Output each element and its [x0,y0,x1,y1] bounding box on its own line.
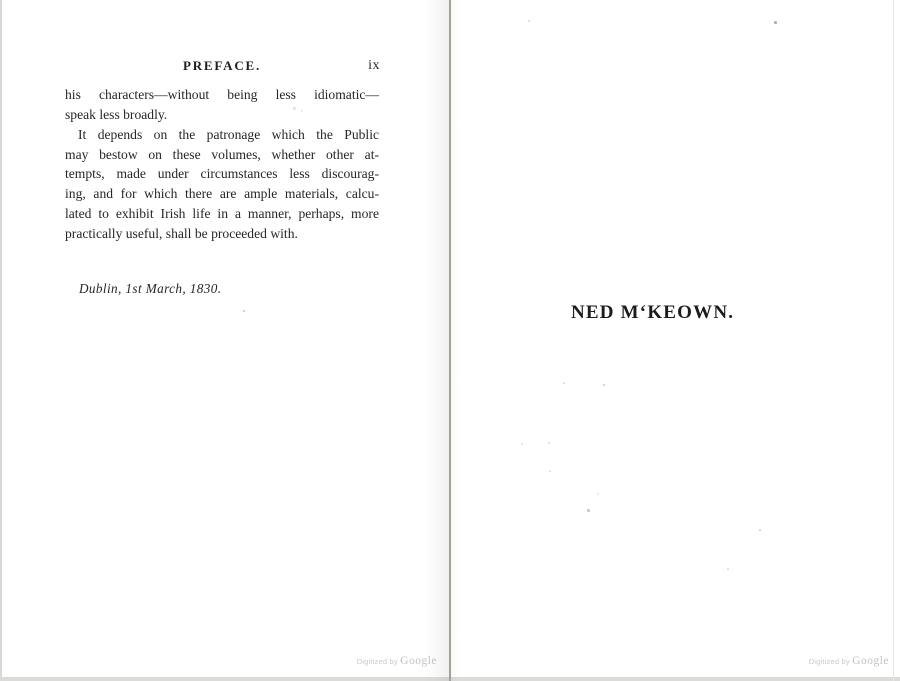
text-line: lated to exhibit Irish life in a manner,… [65,204,379,224]
scan-speck [301,110,303,112]
scan-edge-right [893,0,894,681]
page-number: ix [368,58,380,74]
watermark-prefix: Digitized by [357,657,400,666]
section-title: NED M‘KEOWN. [571,302,734,324]
gutter-shadow-right [451,0,459,681]
running-head-title: PREFACE. [65,58,379,74]
scan-edge-left [0,0,2,681]
gutter-shadow-left [424,0,449,681]
text-line: tempts, made under circumstances less di… [65,164,379,184]
text-line: may bestow on these volumes, whether oth… [65,145,379,165]
scan-speck [549,470,551,472]
scan-speck [587,509,590,512]
preface-body-text: his characters—without being less idioma… [65,85,379,244]
google-logo-text: Google [400,655,437,667]
scan-speck [548,442,550,444]
scan-speck [727,568,729,570]
watermark-right: Digitized by Google [689,655,889,667]
text-line: speak less broadly. [65,105,379,125]
scan-speck [293,107,296,110]
scan-speck [528,20,530,22]
scan-speck [603,384,605,386]
scan-speck [774,21,777,24]
text-line: practically useful, shall be proceeded w… [65,224,379,244]
watermark-left: Digitized by Google [237,655,437,667]
scan-speck [759,529,761,531]
dateline: Dublin, 1st March, 1830. [79,281,221,297]
scan-speck [521,443,523,445]
page-left-header: PREFACE. ix [65,58,379,76]
text-line: his characters—without being less idioma… [65,85,379,105]
scan-speck [243,310,245,312]
text-line: ing, and for which there are ample mater… [65,184,379,204]
scan-speck [597,493,599,495]
text-line: It depends on the patronage which the Pu… [65,125,379,145]
scan-speck [563,382,565,384]
google-logo-text: Google [852,655,889,667]
book-scan-spread: PREFACE. ix his characters—without being… [0,0,900,681]
watermark-prefix: Digitized by [809,657,852,666]
